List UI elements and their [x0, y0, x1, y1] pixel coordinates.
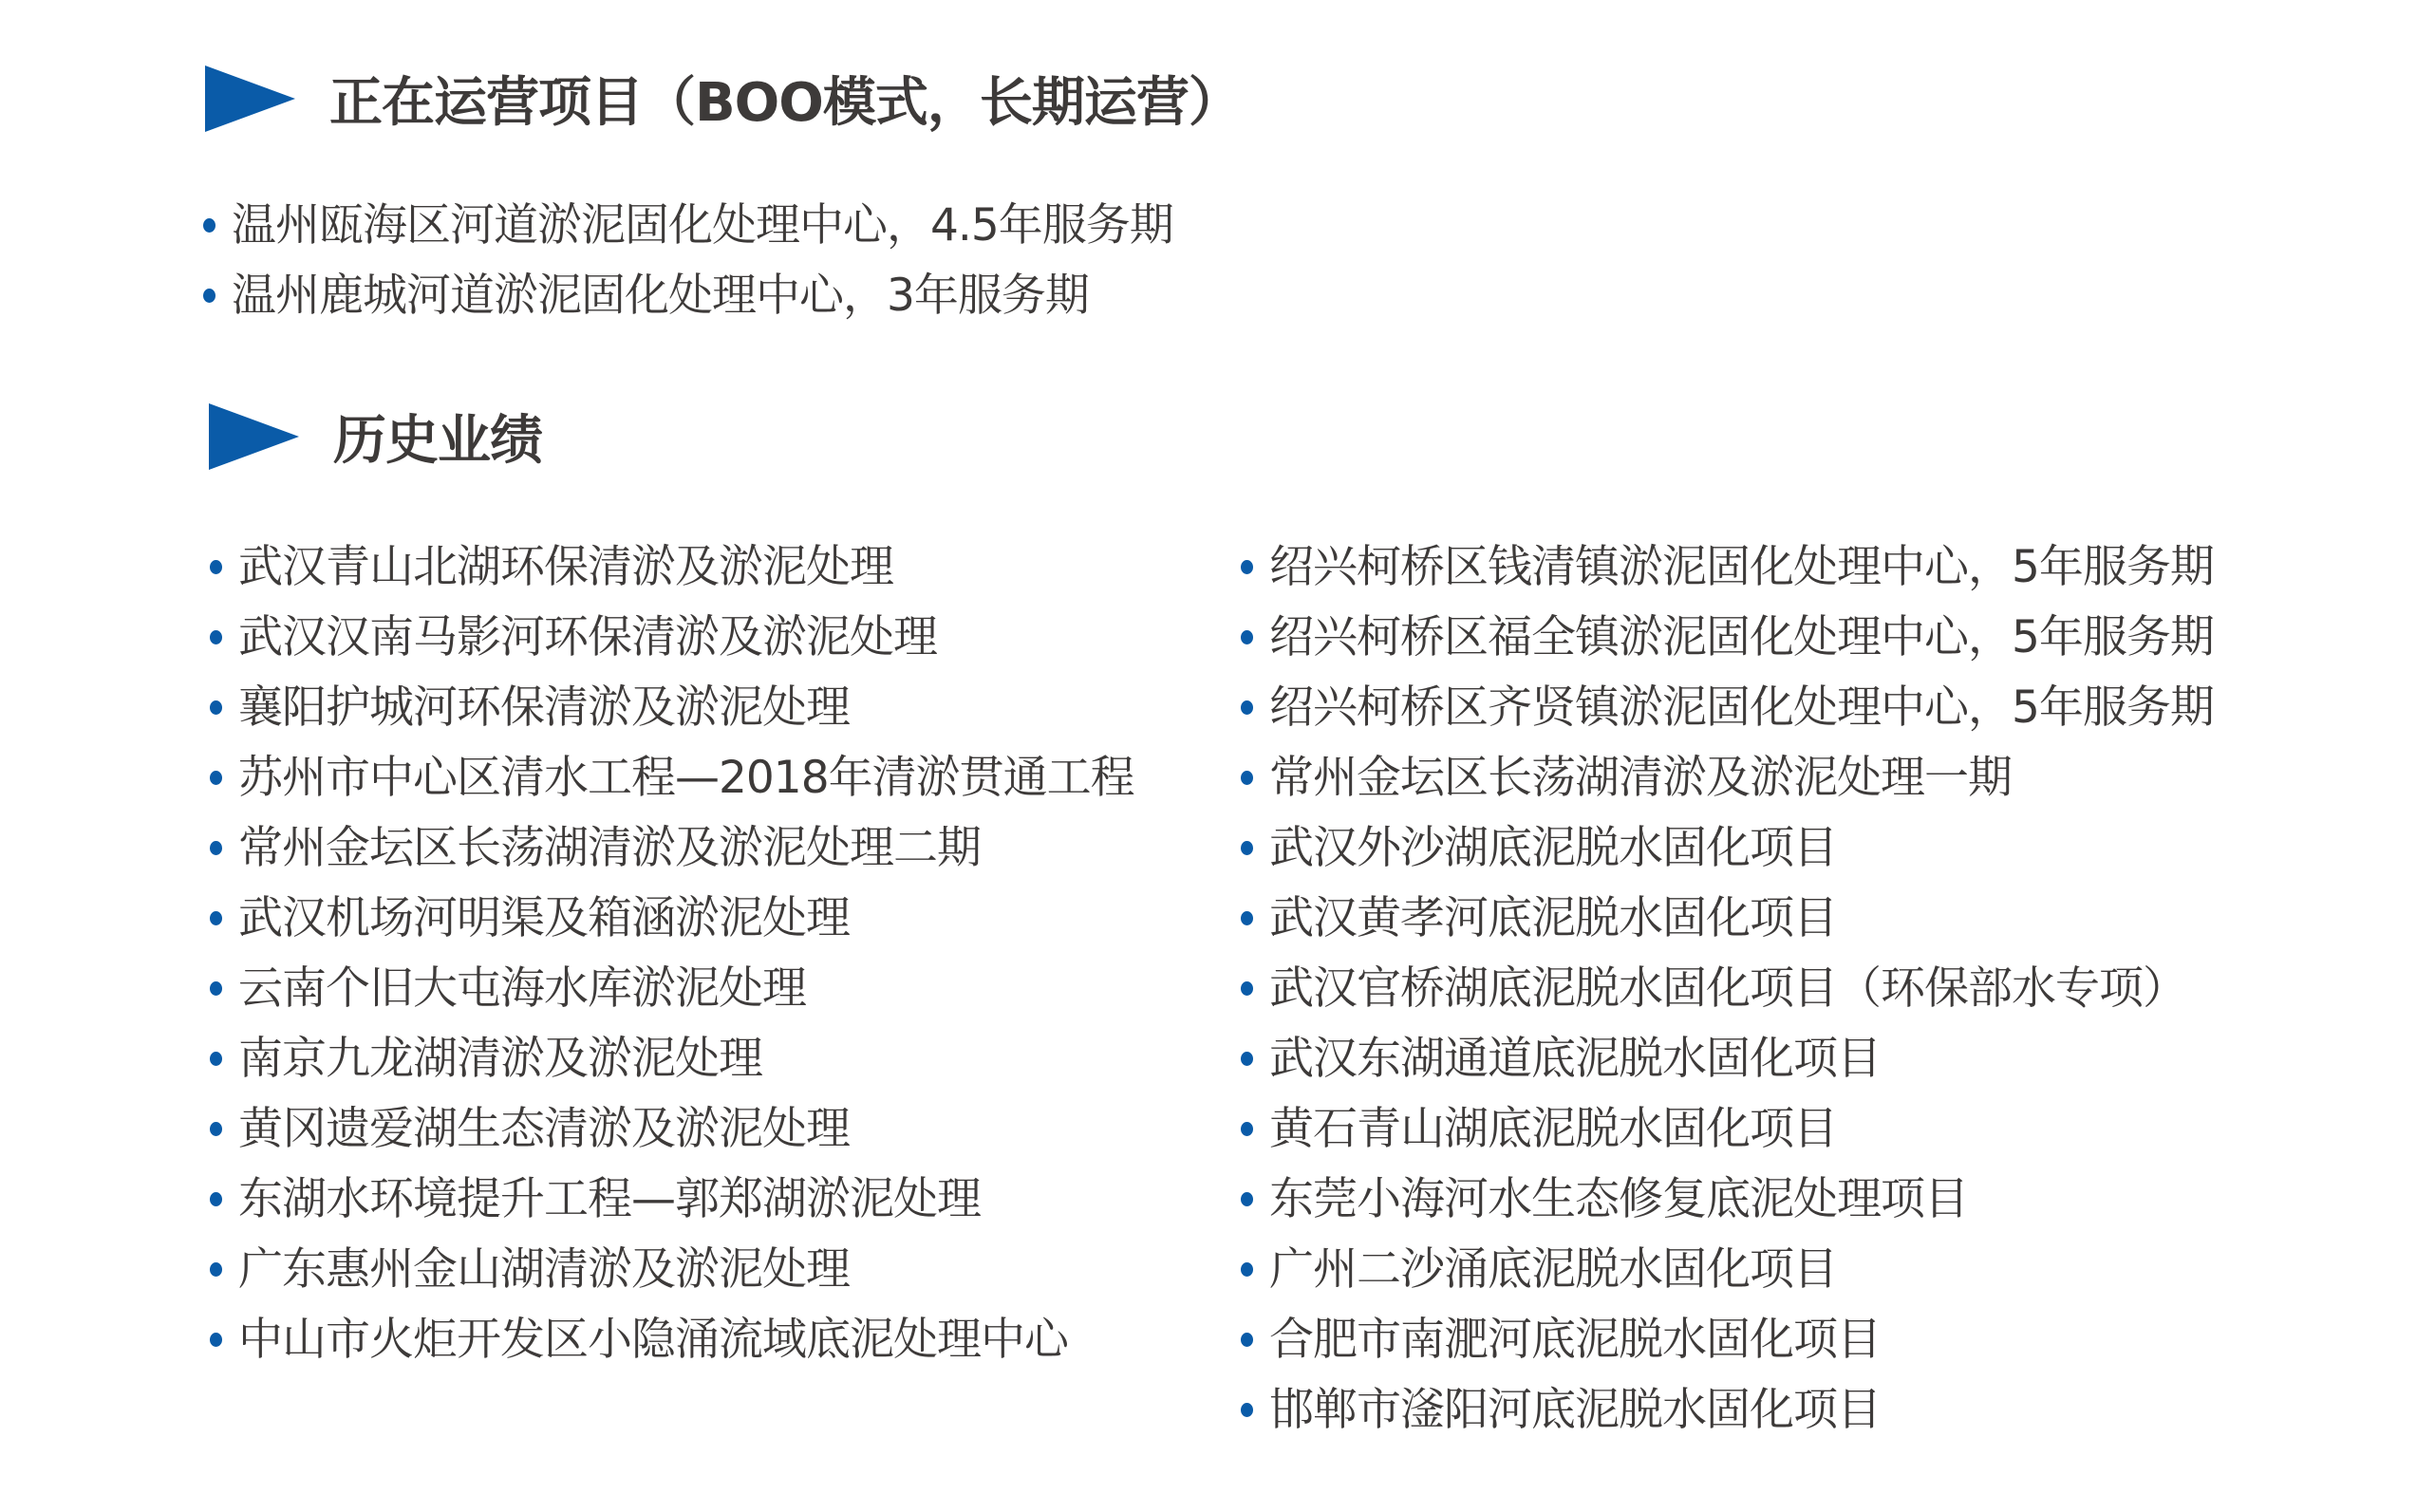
bullet-dot-icon: [1241, 911, 1253, 925]
section-title-operating: 正在运营项目（BOO模式，长期运营）: [329, 61, 1241, 137]
bullet-dot-icon: [210, 1192, 222, 1206]
list-item: 武汉机场河明渠及箱涵淤泥处理: [210, 879, 1134, 949]
bullet-dot-icon: [210, 630, 222, 644]
operating-projects-list: 温州瓯海区河道淤泥固化处理中心，4.5年服务期 温州鹿城河道淤泥固化处理中心，3…: [203, 186, 1173, 327]
list-item: 绍兴柯桥区福全镇淤泥固化处理中心，5年服务期: [1241, 598, 2214, 668]
section-heading-operating: 正在运营项目（BOO模式，长期运营）: [205, 65, 1241, 132]
bullet-dot-icon: [1241, 1333, 1253, 1347]
bullet-dot-icon: [210, 1122, 222, 1136]
bullet-dot-icon: [210, 700, 222, 715]
bullet-dot-icon: [1241, 1122, 1253, 1136]
list-item: 广州二沙涌底泥脱水固化项目: [1241, 1230, 2214, 1300]
list-item: 武汉青山北湖环保清淤及淤泥处理: [210, 528, 1134, 598]
bullet-dot-icon: [210, 1262, 222, 1277]
list-item: 苏州市中心区清水工程—2018年清淤贯通工程: [210, 738, 1134, 809]
bullet-dot-icon: [1241, 1403, 1253, 1417]
list-item: 武汉东湖通道底泥脱水固化项目: [1241, 1019, 2214, 1090]
bullet-dot-icon: [210, 771, 222, 785]
list-item: 邯郸市滏阳河底泥脱水固化项目: [1241, 1371, 2214, 1441]
triangle-arrow-right-icon: [205, 65, 295, 132]
list-item: 常州金坛区长荡湖清淤及淤泥处理一期: [1241, 738, 2214, 809]
list-item: 武汉汉南马影河环保清淤及淤泥处理: [210, 598, 1134, 668]
bullet-dot-icon: [210, 560, 222, 574]
section-heading-history: 历史业绩: [209, 403, 542, 470]
list-item: 武汉黄孝河底泥脱水固化项目: [1241, 879, 2214, 949]
triangle-arrow-right-icon: [209, 403, 299, 470]
bullet-dot-icon: [210, 981, 222, 996]
list-item: 东莞小海河水生态修复底泥处理项目: [1241, 1160, 2214, 1230]
list-item: 黄冈遗爱湖生态清淤及淤泥处理: [210, 1090, 1134, 1160]
list-item: 襄阳护城河环保清淤及淤泥处理: [210, 668, 1134, 738]
bullet-dot-icon: [1241, 1262, 1253, 1277]
bullet-dot-icon: [1241, 630, 1253, 644]
list-item: 绍兴柯桥区钱清镇淤泥固化处理中心，5年服务期: [1241, 528, 2214, 598]
list-item: 合肥市南淝河底泥脱水固化项目: [1241, 1300, 2214, 1371]
list-item: 南京九龙湖清淤及淤泥处理: [210, 1019, 1134, 1090]
list-item: 广东惠州金山湖清淤及淤泥处理: [210, 1230, 1134, 1300]
bullet-dot-icon: [1241, 1192, 1253, 1206]
list-item: 武汉外沙湖底泥脱水固化项目: [1241, 809, 2214, 879]
bullet-dot-icon: [203, 289, 215, 303]
bullet-dot-icon: [1241, 841, 1253, 855]
bullet-dot-icon: [210, 1333, 222, 1347]
bullet-dot-icon: [1241, 1052, 1253, 1066]
bullet-dot-icon: [210, 911, 222, 925]
list-item: 温州瓯海区河道淤泥固化处理中心，4.5年服务期: [203, 186, 1173, 256]
bullet-dot-icon: [203, 218, 215, 233]
history-list-left-column: 武汉青山北湖环保清淤及淤泥处理 武汉汉南马影河环保清淤及淤泥处理 襄阳护城河环保…: [210, 528, 1134, 1371]
bullet-dot-icon: [210, 1052, 222, 1066]
bullet-dot-icon: [1241, 560, 1253, 574]
list-item: 常州金坛区长荡湖清淤及淤泥处理二期: [210, 809, 1134, 879]
bullet-dot-icon: [1241, 981, 1253, 996]
list-item: 中山市火炬开发区小隐涌流域底泥处理中心: [210, 1300, 1134, 1371]
history-list-right-column: 绍兴柯桥区钱清镇淤泥固化处理中心，5年服务期 绍兴柯桥区福全镇淤泥固化处理中心，…: [1241, 528, 2214, 1441]
list-item: 武汉官桥湖底泥脱水固化项目（环保部水专项）: [1241, 949, 2214, 1019]
bullet-dot-icon: [1241, 771, 1253, 785]
list-item: 黄石青山湖底泥脱水固化项目: [1241, 1090, 2214, 1160]
list-item: 绍兴柯桥区齐贤镇淤泥固化处理中心，5年服务期: [1241, 668, 2214, 738]
section-title-history: 历史业绩: [333, 399, 542, 475]
list-item: 云南个旧大屯海水库淤泥处理: [210, 949, 1134, 1019]
bullet-dot-icon: [1241, 700, 1253, 715]
bullet-dot-icon: [210, 841, 222, 855]
list-item: 温州鹿城河道淤泥固化处理中心，3年服务期: [203, 256, 1173, 327]
list-item: 东湖水环境提升工程—郭郑湖淤泥处理: [210, 1160, 1134, 1230]
